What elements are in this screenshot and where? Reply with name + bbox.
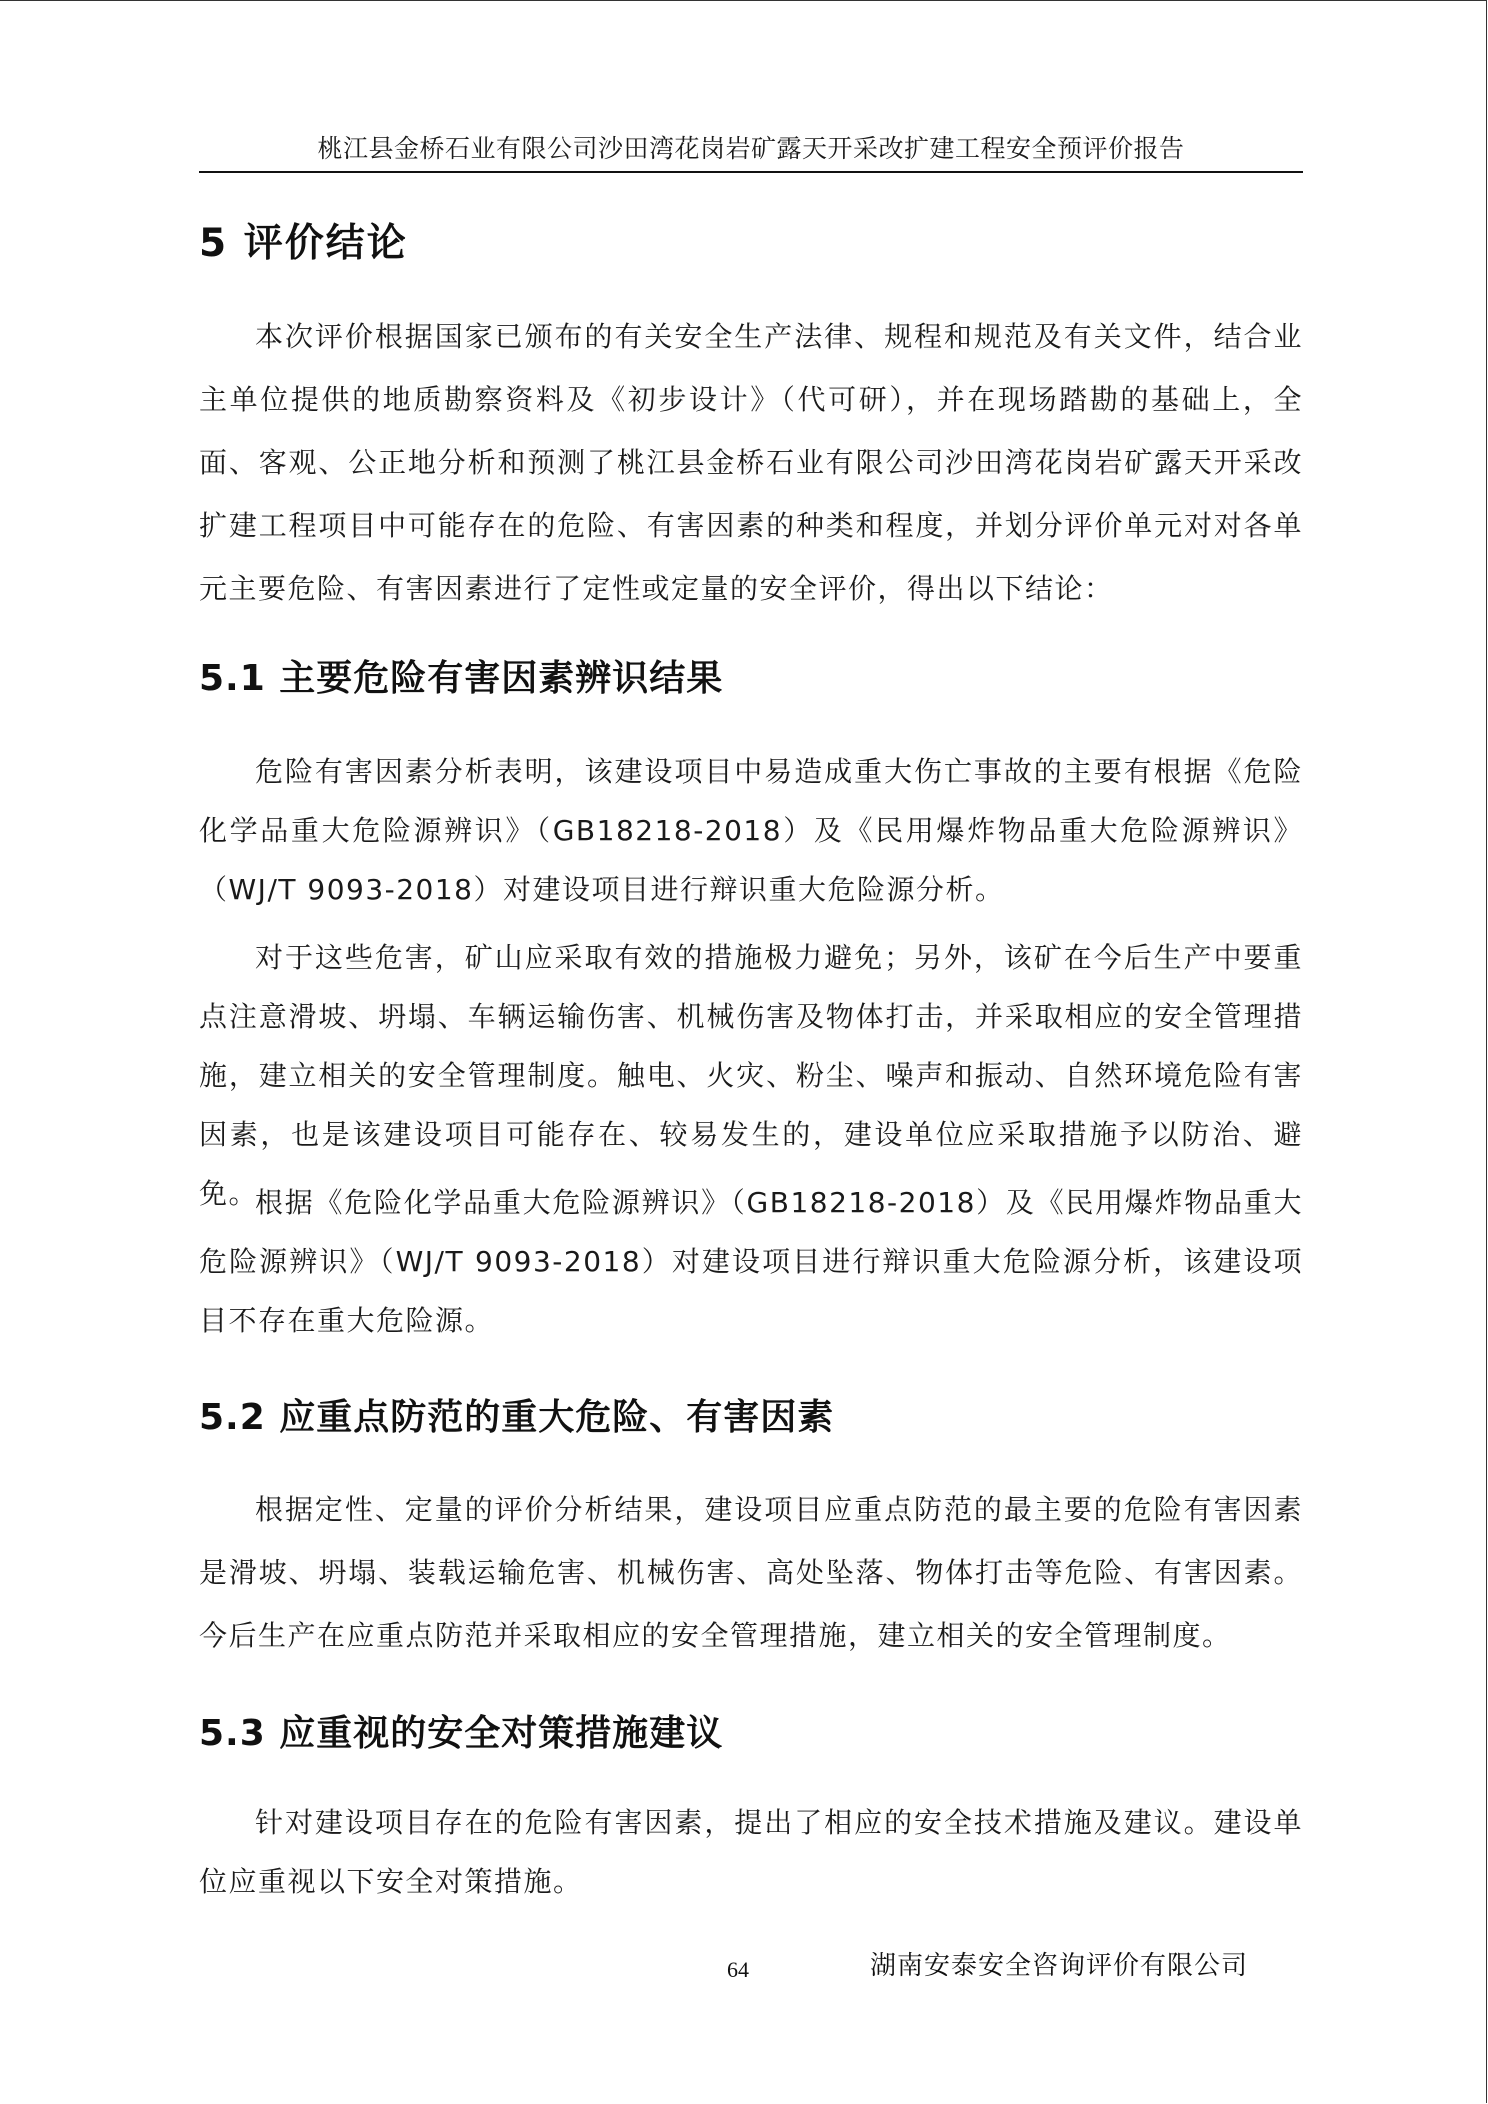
section-5-2-paragraph-1: 根据定性、定量的评价分析结果，建设项目应重点防范的最主要的危险有害因素是滑坡、坍…: [199, 1478, 1303, 1667]
section-5-3-paragraph-1: 针对建设项目存在的危险有害因素，提出了相应的安全技术措施及建议。建设单位应重视以…: [199, 1793, 1303, 1911]
page-number: 64: [727, 1955, 749, 1985]
section-title-5-2: 5.2 应重点防范的重大危险、有害因素: [199, 1394, 834, 1442]
footer-company-name: 湖南安泰安全咨询评价有限公司: [870, 1948, 1248, 1984]
chapter-intro-paragraph: 本次评价根据国家已颁布的有关安全生产法律、规程和规范及有关文件，结合业主单位提供…: [199, 305, 1303, 620]
section-5-1-paragraph-1: 危险有害因素分析表明，该建设项目中易造成重大伤亡事故的主要有根据《危险化学品重大…: [199, 742, 1303, 919]
section-5-1-paragraph-3: 根据《危险化学品重大危险源辨识》（GB18218-2018）及《民用爆炸物品重大…: [199, 1173, 1303, 1350]
running-header: 桃江县金桥石业有限公司沙田湾花岗岩矿露天开采改扩建工程安全预评价报告: [199, 131, 1303, 167]
chapter-title: 5 评价结论: [199, 218, 408, 270]
section-title-5-3: 5.3 应重视的安全对策措施建议: [199, 1710, 723, 1758]
header-divider: [199, 171, 1303, 173]
section-title-5-1: 5.1 主要危险有害因素辨识结果: [199, 655, 723, 703]
